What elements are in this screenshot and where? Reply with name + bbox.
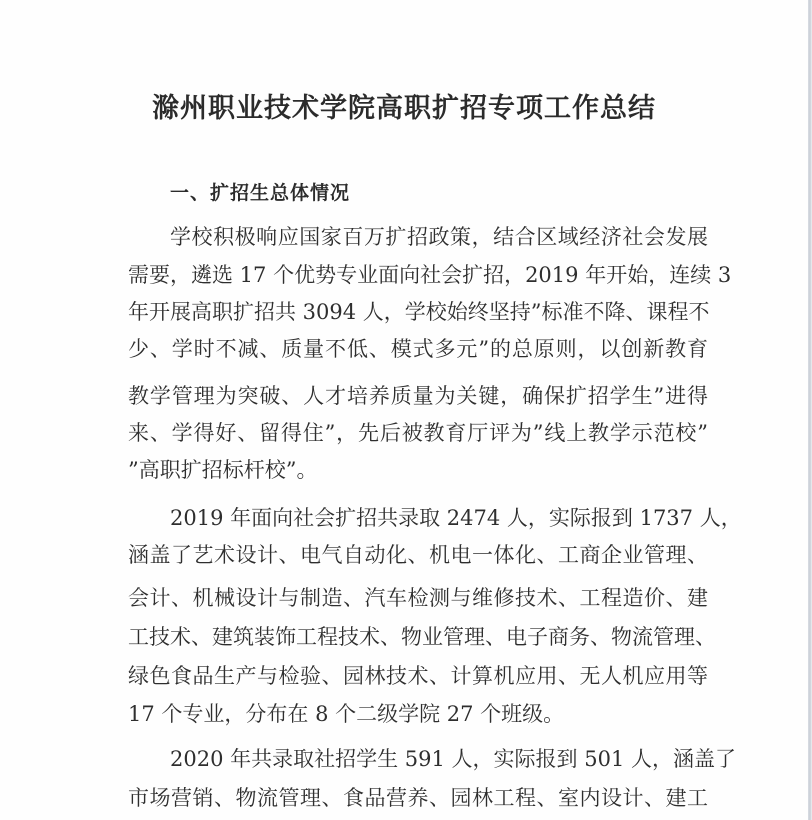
paragraph-line: 少、学时不减、质量不低、模式多元”的总原则，以创新教育 <box>128 334 708 364</box>
paragraph-line: 学校积极响应国家百万扩招政策，结合区域经济社会发展 <box>170 222 708 252</box>
paragraph-line: 17 个专业，分布在 8 个二级学院 27 个班级。 <box>128 699 708 729</box>
document-title: 滁州职业技术学院高职扩招专项工作总结 <box>0 86 808 125</box>
section-heading: 一、扩招生总体情况 <box>170 178 350 205</box>
document-page: 滁州职业技术学院高职扩招专项工作总结 一、扩招生总体情况 学校积极响应国家百万扩… <box>0 0 808 820</box>
paragraph-line: 年开展高职扩招共 3094 人，学校始终坚持”标准不降、课程不 <box>128 297 708 327</box>
paragraph-line: 市场营销、物流管理、食品营养、园林工程、室内设计、建工 <box>128 783 708 813</box>
paragraph-line: 教学管理为突破、人才培养质量为关键，确保扩招学生”进得 <box>128 381 708 411</box>
paragraph-line: 会计、机械设计与制造、汽车检测与维修技术、工程造价、建 <box>128 583 708 613</box>
page-edge <box>808 0 812 820</box>
paragraph-line: 需要，遴选 17 个优势专业面向社会扩招，2019 年开始，连续 3 <box>128 260 708 290</box>
paragraph-line: 工技术、建筑装饰工程技术、物业管理、电子商务、物流管理、 <box>128 622 708 652</box>
paragraph-line: 2019 年面向社会扩招共录取 2474 人，实际报到 1737 人， <box>170 503 708 533</box>
paragraph-line: 涵盖了艺术设计、电气自动化、机电一体化、工商企业管理、 <box>128 540 708 570</box>
paragraph-line: ”高职扩招标杆校”。 <box>128 455 708 485</box>
paragraph-line: 来、学得好、留得住”，先后被教育厅评为”线上教学示范校” <box>128 418 708 448</box>
paragraph-line: 绿色食品生产与检验、园林技术、计算机应用、无人机应用等 <box>128 661 708 691</box>
paragraph-line: 2020 年共录取社招学生 591 人，实际报到 501 人，涵盖了 <box>170 744 708 774</box>
